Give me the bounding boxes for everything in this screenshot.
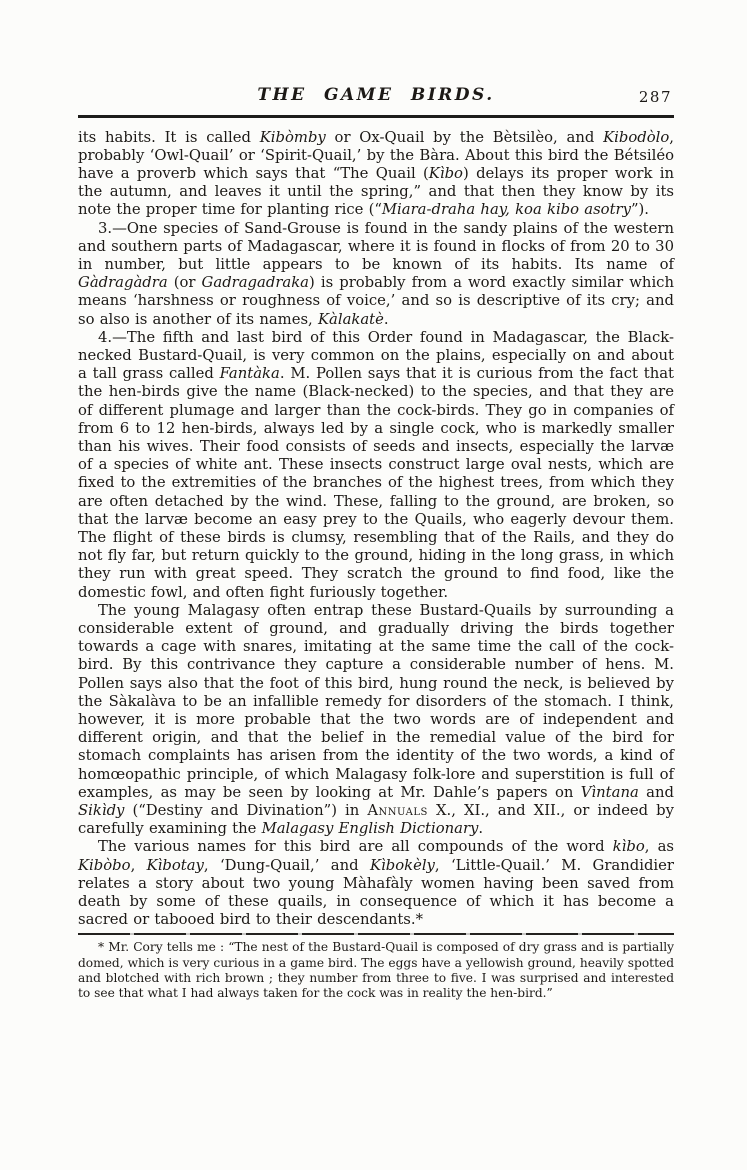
text-block: THE GAME BIRDS. 287 its habits. It is ca… bbox=[78, 84, 674, 1001]
footnote-rule bbox=[78, 933, 674, 935]
italic-text: Sikìdy bbox=[78, 802, 124, 819]
italic-text: Fantàka bbox=[220, 365, 280, 382]
text-run: ”). bbox=[631, 201, 649, 218]
text-run: * Mr. Cory tells me : “The nest of the B… bbox=[78, 940, 674, 1000]
text-run: , ‘Dung-Quail,’ and bbox=[204, 857, 370, 874]
italic-text: Kibòmby bbox=[260, 129, 326, 146]
italic-text: kìbo bbox=[613, 838, 645, 855]
text-run: , bbox=[131, 857, 147, 874]
text-run: . bbox=[478, 820, 483, 837]
italic-text: Vìntana bbox=[581, 784, 639, 801]
paragraph: 3.—One species of Sand-Grouse is found i… bbox=[78, 220, 674, 329]
italic-text: Gadragadraka bbox=[202, 274, 309, 291]
italic-text: Miara-draha hay, koa kibo asotry bbox=[382, 201, 631, 218]
paragraph: The young Malagasy often entrap these Bu… bbox=[78, 602, 674, 839]
paragraph: 4.—The fifth and last bird of this Order… bbox=[78, 329, 674, 602]
page-number: 287 bbox=[639, 88, 672, 106]
text-run: The various names for this bird are all … bbox=[98, 838, 613, 855]
italic-text: Kìbo bbox=[429, 165, 463, 182]
italic-text: Kibòbo bbox=[78, 857, 131, 874]
italic-text: Kibodòlo bbox=[603, 129, 669, 146]
text-run: . M. Pollen says that it is curious from… bbox=[78, 365, 674, 600]
italic-text: Kàlakatè bbox=[318, 311, 384, 328]
text-run: and bbox=[639, 784, 674, 801]
footnote-text: * Mr. Cory tells me : “The nest of the B… bbox=[78, 940, 674, 1001]
book-page: THE GAME BIRDS. 287 its habits. It is ca… bbox=[0, 0, 747, 1170]
body-text: its habits. It is called Kibòmby or Ox-Q… bbox=[78, 129, 674, 930]
text-run: (or bbox=[168, 274, 202, 291]
paragraph: its habits. It is called Kibòmby or Ox-Q… bbox=[78, 129, 674, 220]
paragraph: * Mr. Cory tells me : “The nest of the B… bbox=[78, 940, 674, 1001]
paragraph: The various names for this bird are all … bbox=[78, 838, 674, 929]
header-rule bbox=[78, 115, 674, 118]
text-run: (“Destiny and Divination”) in bbox=[124, 802, 367, 819]
text-run: , as bbox=[645, 838, 674, 855]
italic-text: Kìbotay bbox=[147, 857, 204, 874]
text-run: 3.—One species of Sand-Grouse is found i… bbox=[78, 220, 674, 273]
text-run: or Ox-Quail by the Bètsilèo, and bbox=[326, 129, 603, 146]
smallcaps-text: Annuals bbox=[367, 802, 428, 819]
text-run: its habits. It is called bbox=[78, 129, 260, 146]
page-header: THE GAME BIRDS. 287 bbox=[78, 84, 674, 108]
text-run: The young Malagasy often entrap these Bu… bbox=[78, 602, 674, 801]
italic-text: Kìbokèly bbox=[370, 857, 435, 874]
text-run: . bbox=[384, 311, 389, 328]
italic-text: Gàdragàdra bbox=[78, 274, 168, 291]
running-head-title: THE GAME BIRDS. bbox=[78, 84, 674, 106]
italic-text: Malagasy English Dictionary bbox=[262, 820, 479, 837]
